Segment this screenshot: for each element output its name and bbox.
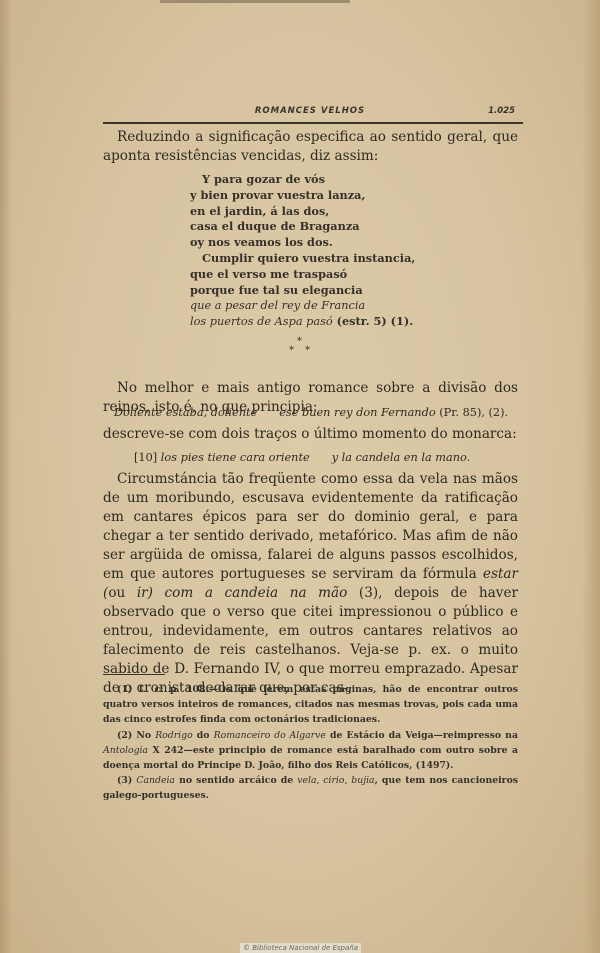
footnote-1: (1) L. c: p. 108.—Os que lerem estas pág… — [103, 682, 518, 728]
verse-line: y bien provar vuestra lanza, — [190, 188, 415, 204]
formula-roman: ou — [108, 585, 125, 601]
running-title: ROMANCES VELHOS — [103, 106, 517, 116]
footnote-rule — [103, 674, 165, 675]
footnote-italic: Romanceiro do Algarve — [214, 730, 326, 741]
page-left-edge-shadow — [0, 0, 12, 953]
verse-line: oy nos veamos los dos. — [190, 235, 415, 251]
citation-hemistich: ese buen rey don Fernando — [279, 406, 435, 419]
verse-line: en el jardin, á las dos, — [190, 204, 415, 220]
citation-hemistich: Doliente estaba, doliente — [114, 406, 257, 419]
footnote-2: (2) No Rodrigo do Romanceiro do Algarve … — [103, 728, 518, 774]
verse-line: Y para gozar de vós — [190, 172, 415, 188]
footnote-3: (3) Candeia no sentido arcáico de vela, … — [103, 773, 518, 803]
asterisk-icon: * — [297, 336, 302, 347]
footnote-italic: Antologia — [103, 745, 148, 756]
verse-line-last: los puertos de Aspa pasó (estr. 5) (1). — [190, 314, 415, 330]
citation-reference: (Pr. 85), (2). — [436, 406, 509, 419]
verse-reference: (estr. 5) (1). — [333, 314, 413, 328]
citation-hemistich: y la candela en la mano. — [332, 451, 471, 464]
footnote-text: no sentido arcáico de — [175, 775, 297, 786]
citation-number: [10] — [134, 451, 161, 464]
verse-line-italic: los puertos de Aspa pasó — [190, 315, 333, 328]
page-header: ROMANCES VELHOS 1.025 — [103, 104, 517, 120]
footnote-text: X 242—este principio de romance está bar… — [103, 745, 518, 771]
verse-line: casa el duque de Braganza — [190, 219, 415, 235]
citation-hemistich: los pies tiene cara oriente — [161, 451, 310, 464]
asterisk-icon: * — [305, 345, 310, 356]
footnote-italic: Rodrigo — [155, 730, 193, 741]
page-top-shadow — [160, 0, 350, 3]
footnote-italic: Candeia — [136, 775, 175, 786]
citation-line-1: Doliente estaba, dolienteese buen rey do… — [114, 406, 508, 419]
page-number: 1.025 — [488, 106, 515, 116]
footnote-italic: vela, cirio, bujia — [297, 775, 374, 786]
citation-line-2: [10] los pies tiene cara orientey la can… — [134, 451, 470, 464]
footnotes: (1) L. c: p. 108.—Os que lerem estas pág… — [103, 682, 518, 804]
verse-line: que el verso me traspasó — [190, 267, 415, 283]
asterisk-icon: * — [289, 345, 294, 356]
footnote-text: de Estácio da Veiga—reimpresso na — [326, 730, 518, 741]
formula-italic: ir) com a candeia na mão — [125, 585, 347, 601]
verse-line-italic: que a pesar del rey de Francia — [190, 298, 415, 314]
paragraph-3-text: Circumstáncia tão freqüente como essa da… — [103, 471, 518, 582]
paragraph-2-continuation: descreve-se com dois traços o último mom… — [103, 425, 518, 444]
paragraph-3-text: (3), depois de haver observado que o ver… — [103, 585, 518, 696]
footnote-text: (3) — [117, 775, 136, 786]
paragraph-3: Circumstáncia tão freqüente como essa da… — [103, 470, 518, 698]
page-right-edge-shadow — [582, 0, 600, 953]
header-rule — [103, 122, 523, 124]
library-watermark: © Biblioteca Nacional de España — [240, 943, 361, 953]
footnote-text: (2) No — [117, 730, 155, 741]
verse-line: Cumplir quiero vuestra instancia, — [190, 251, 415, 267]
verse-quotation: Y para gozar de vós y bien provar vuestr… — [190, 172, 415, 330]
verse-line: porque fue tal su elegancia — [190, 283, 415, 299]
asterism-section-break: * * * — [283, 336, 319, 360]
footnote-text: do — [193, 730, 214, 741]
paragraph-1: Reduzindo a significação especifica ao s… — [103, 128, 518, 166]
